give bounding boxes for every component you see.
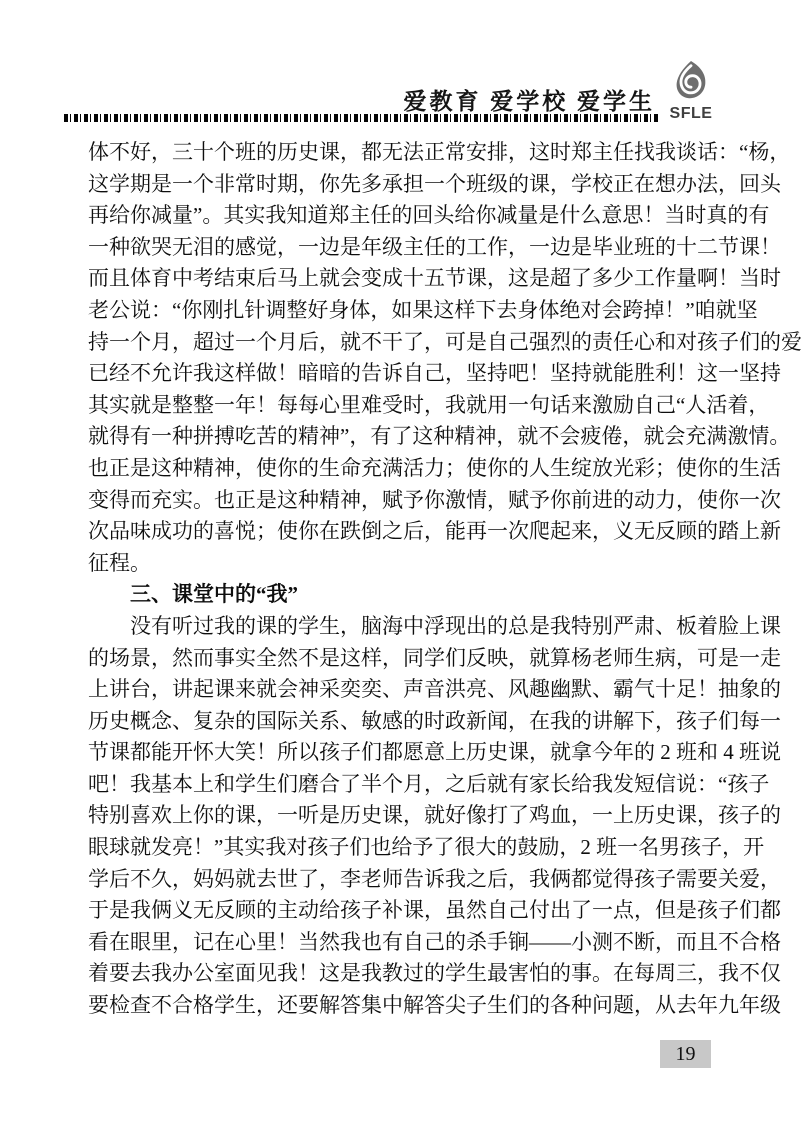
text-line: 这学期是一个非常时期，你先多承担一个班级的课，学校正在想办法，回头 (88, 169, 719, 201)
text-line: 看在眼里，记在心里！当然我也有自己的杀手锏——小测不断，而且不合格 (88, 927, 719, 959)
text-line: 就得有一种拼搏吃苦的精神”，有了这种精神，就不会疲倦，就会充满激情。 (88, 421, 719, 453)
document-page: 爱教育 爱学校 爱学生 SFLE 体不好，三十个班的历史课，都无法正常安排，这时… (0, 0, 803, 1134)
text-line: 要检查不合格学生，还要解答集中解答尖子生们的各种问题，从去年九年级 (88, 990, 719, 1022)
body-text: 体不好，三十个班的历史课，都无法正常安排，这时郑主任找我谈话：“杨，这学期是一个… (88, 137, 719, 1022)
text-line: 着要去我办公室面见我！这是我教过的学生最害怕的事。在每周三，我不仅 (88, 958, 719, 990)
text-line: 次品味成功的喜悦；使你在跌倒之后，能再一次爬起来，义无反顾的踏上新 (88, 516, 719, 548)
text-line: 的场景，然而事实全然不是这样，同学们反映，就算杨老师生病，可是一走 (88, 643, 719, 675)
logo-wordmark: SFLE (656, 105, 726, 123)
text-line: 变得而充实。也正是这种精神，赋予你激情，赋予你前进的动力，使你一次 (88, 485, 719, 517)
text-line: 眼球就发亮！”其实我对孩子们也给予了很大的鼓励，2 班一名男孩子，开 (88, 832, 719, 864)
header-divider (64, 114, 658, 122)
text-line: 再给你减量”。其实我知道郑主任的回头给你减量是什么意思！当时真的有 (88, 200, 719, 232)
text-line: 体不好，三十个班的历史课，都无法正常安排，这时郑主任找我谈话：“杨， (88, 137, 719, 169)
text-line: 征程。 (88, 548, 719, 580)
header-motto: 爱教育 爱学校 爱学生 (0, 83, 655, 116)
text-line: 已经不允许我这样做！暗暗的告诉自己，坚持吧！坚持就能胜利！这一坚持 (88, 358, 719, 390)
text-line: 于是我俩义无反顾的主动给孩子补课，虽然自己付出了一点，但是孩子们都 (88, 895, 719, 927)
text-line: 没有听过我的课的学生，脑海中浮现出的总是我特别严肃、板着脸上课 (88, 611, 719, 643)
text-line: 历史概念、复杂的国际关系、敏感的时政新闻，在我的讲解下，孩子们每一 (88, 706, 719, 738)
text-line: 其实就是整整一年！每每心里难受时，我就用一句话来激励自己“人活着， (88, 390, 719, 422)
text-line: 而且体育中考结束后马上就会变成十五节课，这是超了多少工作量啊！当时 (88, 263, 719, 295)
text-line: 上讲台，讲起课来就会神采奕奕、声音洪亮、风趣幽默、霸气十足！抽象的 (88, 674, 719, 706)
text-line: 节课都能开怀大笑！所以孩子们都愿意上历史课，就拿今年的 2 班和 4 班说 (88, 737, 719, 769)
sfle-logo: SFLE (656, 60, 726, 123)
page-number-badge: 19 (660, 1040, 711, 1068)
text-line: 一种欲哭无泪的感觉，一边是年级主任的工作，一边是毕业班的十二节课！ (88, 232, 719, 264)
section-heading: 三、课堂中的“我” (88, 579, 719, 611)
text-line: 也正是这种精神，使你的生命充满活力；使你的人生绽放光彩；使你的生活 (88, 453, 719, 485)
text-line: 老公说：“你刚扎针调整好身体，如果这样下去身体绝对会跨掉！”咱就坚 (88, 295, 719, 327)
leaf-swirl-icon (656, 60, 726, 105)
text-line: 特别喜欢上你的课，一听是历史课，就好像打了鸡血，一上历史课，孩子的 (88, 800, 719, 832)
text-line: 学后不久，妈妈就去世了，李老师告诉我之后，我俩都觉得孩子需要关爱， (88, 864, 719, 896)
text-line: 持一个月，超过一个月后，就不干了，可是自己强烈的责任心和对孩子们的爱， (88, 327, 719, 359)
text-line: 吧！我基本上和学生们磨合了半个月，之后就有家长给我发短信说：“孩子 (88, 769, 719, 801)
